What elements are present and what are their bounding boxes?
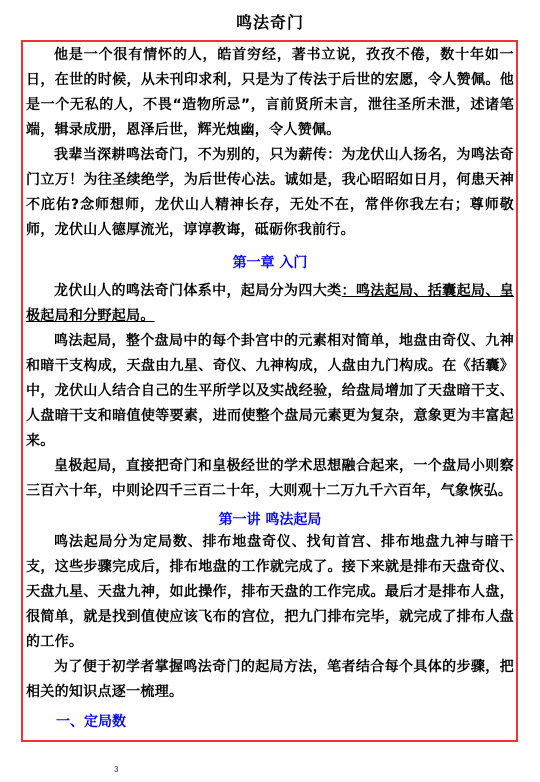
chapter-heading: 第一章 入门 — [26, 250, 514, 276]
lecture-heading: 第一讲 鸣法起局 — [26, 510, 514, 530]
paragraph-chapter-1-prefix: 龙伏山人的鸣法奇门体系中，起局分为四大类 — [54, 283, 342, 299]
paragraph-intro-1: 他是一个很有情怀的人，皓首穷经，著书立说，孜孜不倦，数十年如一日，在世的时候，从… — [26, 43, 514, 143]
document-body: 他是一个很有情怀的人，皓首穷经，著书立说，孜孜不倦，数十年如一日，在世的时候，从… — [26, 43, 514, 735]
paragraph-lecture-1: 鸣法起局分为定局数、排布地盘奇仪、找旬首宫、排布地盘九神与暗干支，这些步骤完成后… — [26, 530, 514, 655]
paragraph-chapter-1: 龙伏山人的鸣法奇门体系中，起局分为四大类：鸣法起局、括囊起局、皇极起局和分野起局… — [26, 279, 514, 329]
page-number: 3 — [114, 765, 118, 774]
page-title: 鸣法奇门 — [0, 10, 540, 33]
section-heading: 一、定局数 — [26, 709, 514, 735]
paragraph-intro-2: 我辈当深耕鸣法奇门，不为别的，只为薪传：为龙伏山人扬名，为鸣法奇门立万！为往圣续… — [26, 143, 514, 243]
paragraph-chapter-2: 鸣法起局，整个盘局中的每个卦宫中的元素相对简单，地盘由奇仪、九神和暗干支构成，天… — [26, 329, 514, 454]
paragraph-lecture-2: 为了便于初学者掌握鸣法奇门的起局方法，笔者结合每个具体的步骤，把相关的知识点逐一… — [26, 655, 514, 705]
paragraph-chapter-3: 皇极起局，直接把奇门和皇极经世的学术思想融合起来，一个盘局小则察三百六十年，中则… — [26, 454, 514, 504]
